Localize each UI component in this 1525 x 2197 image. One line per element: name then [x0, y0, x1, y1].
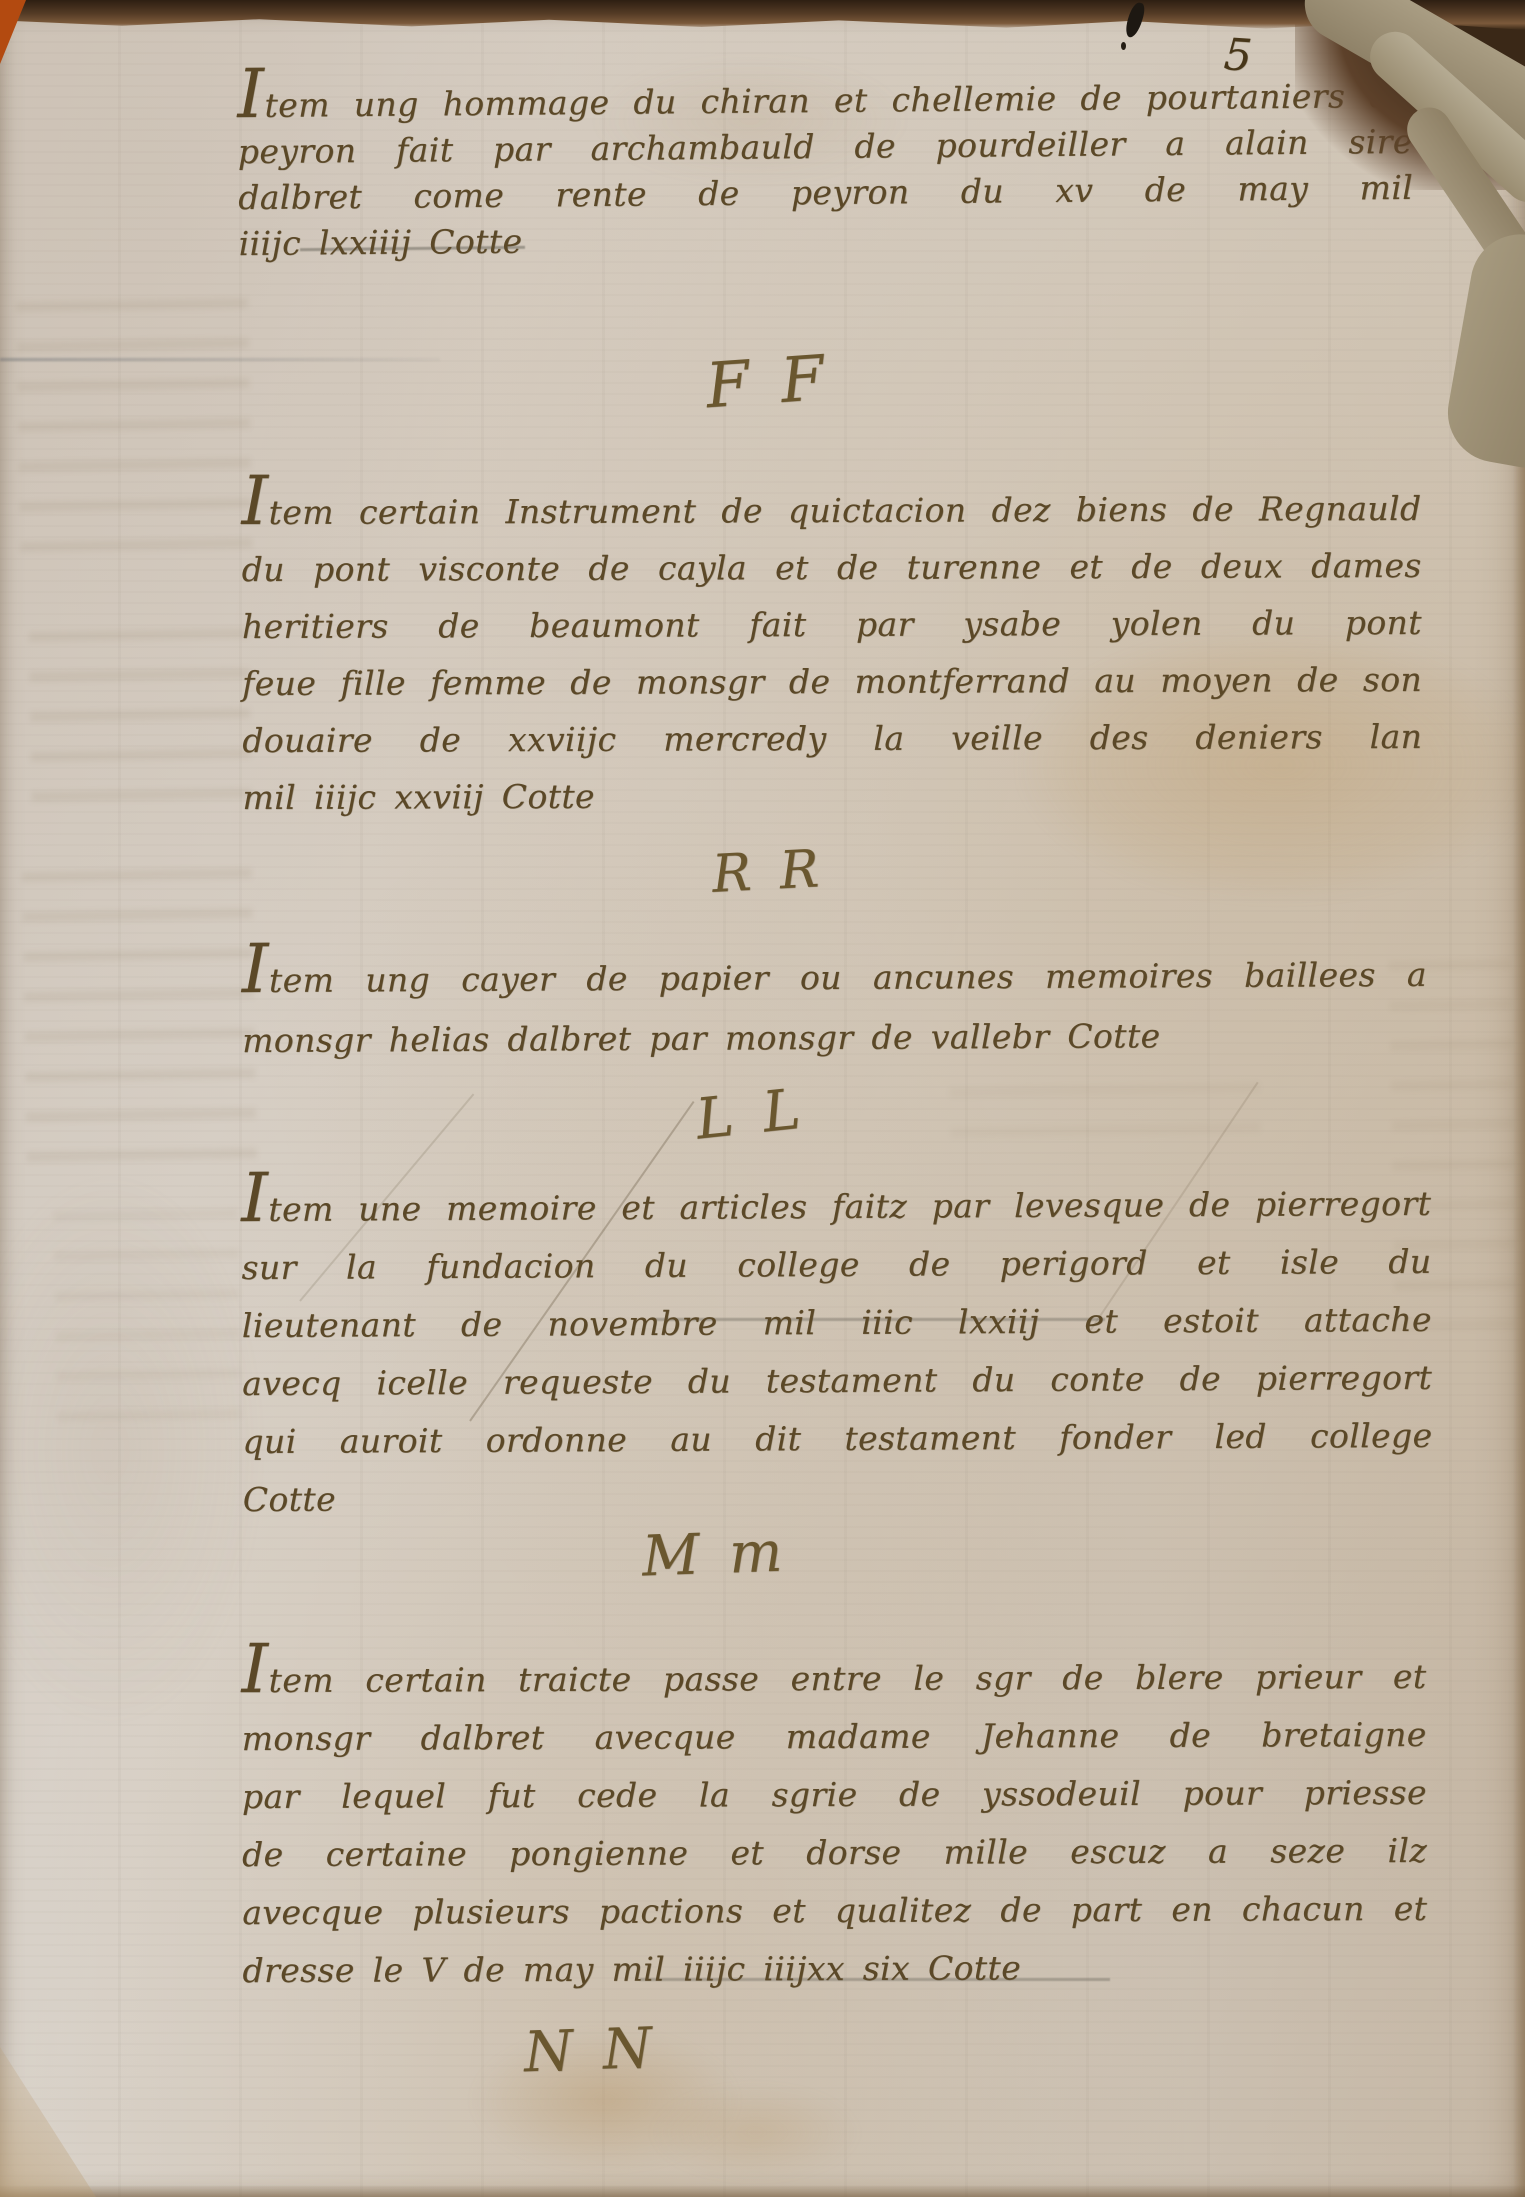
- manuscript-line: sur la fundacion du college de perigord …: [241, 1233, 1431, 1297]
- manuscript-line: Cotte: [243, 1465, 1433, 1529]
- manuscript-line: avecque plusieurs pactions et qualitez d…: [242, 1880, 1427, 1942]
- section-mark-nn: N N: [523, 2016, 659, 2086]
- inventory-entry-2: Item certain Instrument de quictacion de…: [241, 480, 1422, 826]
- inventory-entry-5: Item certain traicte passe entre le sgr …: [241, 1648, 1427, 2000]
- manuscript-line: qui auroit ordonne au dit testament fond…: [242, 1407, 1432, 1471]
- manuscript-line: avecq icelle requeste du testament du co…: [242, 1349, 1432, 1413]
- manuscript-photo: 5 Item ung hommage du chiran et chellemi…: [0, 0, 1525, 2197]
- manuscript-line: feue fille femme de monsgr de montferran…: [242, 651, 1422, 712]
- manuscript-line: de certaine pongienne et dorse mille esc…: [242, 1822, 1427, 1884]
- faint-pencil-line: [0, 358, 440, 361]
- page-edge-bottom: [0, 2185, 1525, 2197]
- manuscript-line: Item certain Instrument de quictacion de…: [241, 480, 1421, 541]
- manuscript-line: dresse le V de may mil iiijc iiijxx six …: [242, 1938, 1427, 2000]
- manuscript-line: par lequel fut cede la sgrie de yssodeui…: [242, 1764, 1427, 1826]
- inventory-entry-1: Item ung hommage du chiran et chellemie …: [237, 73, 1414, 267]
- section-mark-mm: M m: [641, 1519, 789, 1589]
- manuscript-line: monsgr helias dalbret par monsgr de vall…: [242, 1005, 1427, 1071]
- ink-dot: [1121, 42, 1126, 50]
- inventory-entry-4: Item une memoire et articles faitz par l…: [241, 1175, 1433, 1529]
- manuscript-line: mil iiijc xxviij Cotte: [242, 765, 1422, 826]
- page-edge-right: [1513, 430, 1525, 2197]
- manuscript-line: heritiers de beaumont fait par ysabe yol…: [242, 594, 1422, 655]
- manuscript-line: douaire de xxviijc mercredy la veille de…: [242, 708, 1422, 769]
- inventory-entry-3: Item ung cayer de papier ou ancunes memo…: [242, 945, 1428, 1071]
- manuscript-line: monsgr dalbret avecque madame Jehanne de…: [242, 1706, 1427, 1768]
- section-mark-ll: L L: [693, 1076, 809, 1152]
- section-mark-ff: F F: [704, 341, 833, 422]
- torn-corner-shadow: [1295, 0, 1525, 190]
- manuscript-line: du pont visconte de cayla et de turenne …: [242, 537, 1422, 598]
- folio-number: 5: [1222, 29, 1253, 82]
- manuscript-line: Item certain traicte passe entre le sgr …: [241, 1648, 1426, 1710]
- section-mark-rr: R R: [711, 839, 827, 905]
- manuscript-line: lieutenant de novembre mil iiic lxxiij e…: [242, 1291, 1432, 1355]
- manuscript-line: Item ung cayer de papier ou ancunes memo…: [242, 945, 1427, 1011]
- manuscript-line: Item une memoire et articles faitz par l…: [241, 1175, 1431, 1239]
